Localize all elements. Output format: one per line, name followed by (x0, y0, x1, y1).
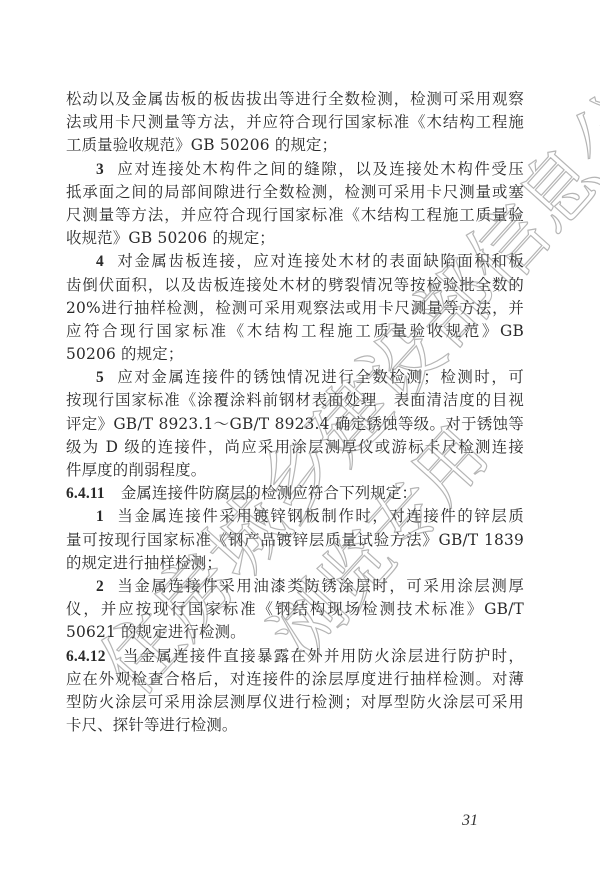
item-number: 1 (96, 508, 104, 525)
clause-text: 当金属连接件直接暴露在外并用防火涂层进行防护时， (122, 647, 524, 665)
clause-number: 6.4.11 (66, 485, 105, 502)
text-line: 4对金属齿板连接，应对连接处木材的表面缺陷面积和板 (66, 250, 524, 273)
text-line: 的规定进行抽样检测； (66, 552, 524, 575)
item-text: 应对连接处木构件之间的缝隙，以及连接处木构件受压 (116, 160, 524, 178)
list-item-1: 1当金属连接件采用镀锌钢板制作时，对连接件的锌层质 量可按现行国家标准《钢产品镀… (66, 505, 524, 575)
text-line: 20%进行抽样检测，检测可采用观察法或用卡尺测量等方法，并 (66, 297, 524, 320)
text-line: 1当金属连接件采用镀锌钢板制作时，对连接件的锌层质 (66, 505, 524, 528)
text-line: 50621 的规定进行检测。 (66, 621, 524, 644)
text-line: 按现行国家标准《涂覆涂料前钢材表面处理 表面清洁度的目视 (66, 389, 524, 412)
item-text: 应对金属连接件的锈蚀情况进行全数检测；检测时，可 (116, 368, 524, 386)
text-line: 抵承面之间的局部间隙进行全数检测，检测可采用卡尺测量或塞 (66, 181, 524, 204)
list-item-2: 2当金属连接件采用油漆类防锈涂层时，可采用涂层测厚 仪，并应按现行国家标准《钢结… (66, 575, 524, 645)
text-line: 3应对连接处木构件之间的缝隙，以及连接处木构件受压 (66, 158, 524, 181)
text-line: 5应对金属连接件的锈蚀情况进行全数检测；检测时，可 (66, 366, 524, 389)
item-text: 对金属齿板连接，应对连接处木材的表面缺陷面积和板 (116, 252, 524, 270)
text-line: 法或用卡尺测量等方法，并应符合现行国家标准《木结构工程施 (66, 111, 524, 134)
text-line: 6.4.11金属连接件防腐层的检测应符合下列规定： (66, 482, 524, 505)
text-line: 级为 D 级的连接件，尚应采用涂层测厚仪或游标卡尺检测连接 (66, 436, 524, 459)
item-number: 3 (96, 161, 104, 178)
paragraph-continuation: 松动以及金属齿板的板齿拔出等进行全数检测，检测可采用观察 法或用卡尺测量等方法，… (66, 88, 524, 158)
text-line: 尺测量等方法，并应符合现行国家标准《木结构工程施工质量验 (66, 204, 524, 227)
text-line: 应在外观检查合格后，对连接件的涂层厚度进行抽样检测。对薄 (66, 668, 524, 691)
body-text: 松动以及金属齿板的板齿拔出等进行全数检测，检测可采用观察 法或用卡尺测量等方法，… (66, 88, 524, 737)
item-number: 2 (96, 578, 104, 595)
text-line: 件厚度的削弱程度。 (66, 459, 524, 482)
text-line: 评定》GB/T 8923.1～GB/T 8923.4 确定锈蚀等级。对于锈蚀等 (66, 413, 524, 436)
clause-6-4-12: 6.4.12当金属连接件直接暴露在外并用防火涂层进行防护时， 应在外观检查合格后… (66, 645, 524, 738)
text-line: 松动以及金属齿板的板齿拔出等进行全数检测，检测可采用观察 (66, 88, 524, 111)
item-text: 当金属连接件采用油漆类防锈涂层时，可采用涂层测厚 (116, 577, 524, 595)
text-line: 型防火涂层可采用涂层测厚仪进行检测；对厚型防火涂层可采用 (66, 691, 524, 714)
item-number: 4 (96, 253, 104, 270)
list-item-5: 5应对金属连接件的锈蚀情况进行全数检测；检测时，可 按现行国家标准《涂覆涂料前钢… (66, 366, 524, 482)
text-line: 量可按现行国家标准《钢产品镀锌层质量试验方法》GB/T 1839 (66, 529, 524, 552)
clause-number: 6.4.12 (66, 648, 106, 665)
text-line: 工质量验收规范》GB 50206 的规定； (66, 134, 524, 157)
text-line: 仪，并应按现行国家标准《钢结构现场检测技术标准》GB/T (66, 598, 524, 621)
item-text: 当金属连接件采用镀锌钢板制作时，对连接件的锌层质 (116, 507, 524, 525)
page-number: 31 (462, 812, 478, 830)
text-line: 卡尺、探针等进行检测。 (66, 714, 524, 737)
text-line: 应符合现行国家标准《木结构工程施工质量验收规范》GB (66, 320, 524, 343)
text-line: 2当金属连接件采用油漆类防锈涂层时，可采用涂层测厚 (66, 575, 524, 598)
text-line: 6.4.12当金属连接件直接暴露在外并用防火涂层进行防护时， (66, 645, 524, 668)
item-number: 5 (96, 369, 104, 386)
text-line: 收规范》GB 50206 的规定； (66, 227, 524, 250)
text-line: 50206 的规定； (66, 343, 524, 366)
clause-text: 金属连接件防腐层的检测应符合下列规定： (121, 484, 417, 502)
list-item-4: 4对金属齿板连接，应对连接处木材的表面缺陷面积和板 齿倒伏面积，以及齿板连接处木… (66, 250, 524, 366)
text-line: 齿倒伏面积，以及齿板连接处木材的劈裂情况等按检验批全数的 (66, 274, 524, 297)
document-page: 松动以及金属齿板的板齿拔出等进行全数检测，检测可采用观察 法或用卡尺测量等方法，… (0, 0, 600, 869)
clause-6-4-11: 6.4.11金属连接件防腐层的检测应符合下列规定： (66, 482, 524, 505)
list-item-3: 3应对连接处木构件之间的缝隙，以及连接处木构件受压 抵承面之间的局部间隙进行全数… (66, 158, 524, 251)
